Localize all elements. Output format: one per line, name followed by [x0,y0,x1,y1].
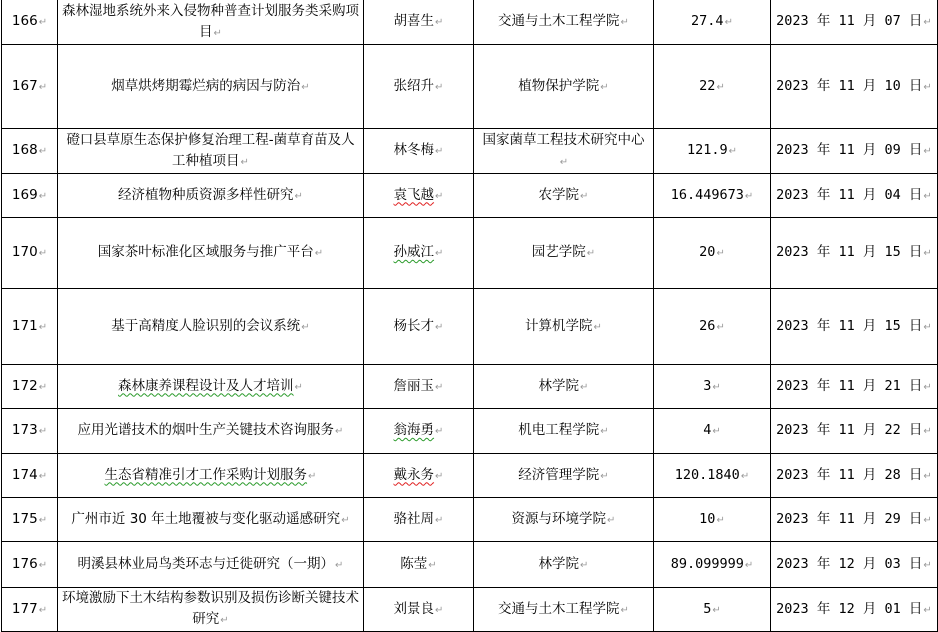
department: 经济管理学院 [518,467,599,483]
date-part-month: 11 [838,13,854,29]
date-part-month: 11 [838,244,854,260]
paragraph-mark-icon: ↵ [39,471,47,482]
date-part-day: 10 [885,78,901,94]
row-number: 173 [12,422,38,438]
date-part-day: 07 [885,13,901,29]
paragraph-mark-icon: ↵ [214,28,222,39]
date-part-day: 09 [885,142,901,158]
department: 国家菌草工程技术研究中心 [483,132,645,148]
department: 交通与土木工程学院 [498,601,620,617]
paragraph-mark-icon: ↵ [580,191,588,202]
paragraph-mark-icon: ↵ [923,471,931,482]
project-table: 166↵ 森林湿地系统外来入侵物种普查计划服务类采购项目↵ 胡喜生↵ 交通与土木… [1,0,938,632]
department: 园艺学院 [532,244,586,260]
table-row: 170↵ 国家茶叶标准化区域服务与推广平台↵ 孙威江↵ 园艺学院↵ 20↵ 20… [2,218,938,289]
paragraph-mark-icon: ↵ [725,17,733,28]
cell-number[interactable]: 168↵ [2,129,58,174]
project-title: 烟草烘烤期霉烂病的病因与防治 [111,78,300,94]
cell-number[interactable]: 172↵ [2,365,58,409]
cell-number[interactable]: 175↵ [2,498,58,542]
date-part-m: 月 [863,511,877,527]
amount: 89.099999 [671,556,744,572]
row-number: 167 [12,78,38,94]
cell-unit[interactable]: 交通与土木工程学院↵ [474,0,654,45]
date-part-month: 11 [838,378,854,394]
cell-unit[interactable]: 资源与环境学院↵ [474,498,654,542]
cell-amount[interactable]: 16.449673↵ [654,174,771,218]
date: 2023 年 11 月 29 日 [776,511,922,527]
paragraph-mark-icon: ↵ [435,382,443,393]
date-part-d: 日 [909,556,923,572]
date-part-month: 11 [838,187,854,203]
paragraph-mark-icon: ↵ [295,191,303,202]
paragraph-mark-icon: ↵ [435,515,443,526]
cell-date[interactable]: 2023 年 11 月 15 日↵ [771,289,938,365]
department: 交通与土木工程学院 [498,13,620,29]
table-row: 169↵ 经济植物种质资源多样性研究↵ 袁飞越↵ 农学院↵ 16.449673↵… [2,174,938,218]
paragraph-mark-icon: ↵ [220,615,228,626]
cell-amount[interactable]: 89.099999↵ [654,542,771,588]
row-number: 172 [12,378,38,394]
cell-leader[interactable]: 翁海勇↵ [364,409,474,454]
project-title: 广州市近 30 年土地覆被与变化驱动遥感研究 [71,511,340,527]
cell-date[interactable]: 2023 年 11 月 15 日↵ [771,218,938,289]
paragraph-mark-icon: ↵ [241,157,249,168]
cell-leader[interactable]: 戴永务↵ [364,454,474,498]
date-part-year: 2023 [776,78,809,94]
cell-date[interactable]: 2023 年 11 月 21 日↵ [771,365,938,409]
cell-project-title[interactable]: 烟草烘烤期霉烂病的病因与防治↵ [58,45,364,129]
cell-project-title[interactable]: 基于高精度人脸识别的会议系统↵ [58,289,364,365]
date-part-d: 日 [909,244,923,260]
date-part-day: 01 [885,601,901,617]
paragraph-mark-icon: ↵ [923,382,931,393]
cell-leader[interactable]: 詹丽玉↵ [364,365,474,409]
row-number: 171 [12,318,38,334]
cell-date[interactable]: 2023 年 11 月 28 日↵ [771,454,938,498]
paragraph-mark-icon: ↵ [923,560,931,571]
paragraph-mark-icon: ↵ [428,560,436,571]
paragraph-mark-icon: ↵ [923,248,931,259]
date-part-m: 月 [863,78,877,94]
cell-number[interactable]: 177↵ [2,588,58,632]
paragraph-mark-icon: ↵ [923,426,931,437]
date-part-month: 11 [838,318,854,334]
date-part-month: 11 [838,78,854,94]
project-leader: 翁海勇 [394,422,435,438]
cell-leader[interactable]: 骆社周↵ [364,498,474,542]
cell-unit[interactable]: 农学院↵ [474,174,654,218]
paragraph-mark-icon: ↵ [39,382,47,393]
cell-date[interactable]: 2023 年 11 月 07 日↵ [771,0,938,45]
table-row: 166↵ 森林湿地系统外来入侵物种普查计划服务类采购项目↵ 胡喜生↵ 交通与土木… [2,0,938,45]
cell-number[interactable]: 169↵ [2,174,58,218]
project-leader: 孙威江 [394,244,435,260]
paragraph-mark-icon: ↵ [580,382,588,393]
date-part-y: 年 [817,378,831,394]
date-part-day: 15 [885,244,901,260]
date-part-year: 2023 [776,601,809,617]
date-part-y: 年 [817,187,831,203]
date-part-month: 11 [838,511,854,527]
cell-unit[interactable]: 林学院↵ [474,365,654,409]
project-table-body: 166↵ 森林湿地系统外来入侵物种普查计划服务类采购项目↵ 胡喜生↵ 交通与土木… [2,0,938,632]
project-leader: 胡喜生 [394,13,435,29]
date: 2023 年 11 月 22 日 [776,422,922,438]
table-row: 176↵ 明溪县林业局鸟类环志与迁徙研究（一期）↵ 陈莹↵ 林学院↵ 89.09… [2,542,938,588]
date-part-m: 月 [863,378,877,394]
department: 林学院 [539,378,580,394]
date-part-y: 年 [817,13,831,29]
cell-leader[interactable]: 林冬梅↵ [364,129,474,174]
date-part-d: 日 [909,511,923,527]
row-number: 169 [12,187,38,203]
department: 农学院 [539,187,580,203]
cell-amount[interactable]: 5↵ [654,588,771,632]
cell-leader[interactable]: 袁飞越↵ [364,174,474,218]
date-part-m: 月 [863,318,877,334]
cell-project-title[interactable]: 广州市近 30 年土地覆被与变化驱动遥感研究↵ [58,498,364,542]
paragraph-mark-icon: ↵ [39,146,47,157]
department: 计算机学院 [525,318,593,334]
date-part-y: 年 [817,601,831,617]
date: 2023 年 11 月 09 日 [776,142,922,158]
project-title: 森林康养课程设计及人才培训 [118,378,294,394]
paragraph-mark-icon: ↵ [923,515,931,526]
paragraph-mark-icon: ↵ [335,560,343,571]
paragraph-mark-icon: ↵ [435,426,443,437]
amount: 27.4 [691,13,724,29]
date-part-year: 2023 [776,142,809,158]
paragraph-mark-icon: ↵ [923,191,931,202]
cell-unit[interactable]: 交通与土木工程学院↵ [474,588,654,632]
cell-date[interactable]: 2023 年 12 月 01 日↵ [771,588,938,632]
paragraph-mark-icon: ↵ [745,191,753,202]
cell-date[interactable]: 2023 年 11 月 09 日↵ [771,129,938,174]
cell-project-title[interactable]: 森林康养课程设计及人才培训↵ [58,365,364,409]
cell-date[interactable]: 2023 年 11 月 04 日↵ [771,174,938,218]
cell-date[interactable]: 2023 年 11 月 22 日↵ [771,409,938,454]
project-leader: 杨长才 [394,318,435,334]
paragraph-mark-icon: ↵ [435,471,443,482]
project-title: 经济植物种质资源多样性研究 [118,187,294,203]
project-title: 森林湿地系统外来入侵物种普查计划服务类采购项目 [62,3,359,40]
paragraph-mark-icon: ↵ [923,146,931,157]
date-part-year: 2023 [776,511,809,527]
paragraph-mark-icon: ↵ [745,560,753,571]
cell-number[interactable]: 176↵ [2,542,58,588]
date-part-month: 11 [838,467,854,483]
paragraph-mark-icon: ↵ [621,605,629,616]
paragraph-mark-icon: ↵ [716,82,724,93]
paragraph-mark-icon: ↵ [315,248,323,259]
date: 2023 年 11 月 04 日 [776,187,922,203]
amount: 22 [699,78,715,94]
table-row: 173↵ 应用光谱技术的烟叶生产关键技术咨询服务↵ 翁海勇↵ 机电工程学院↵ 4… [2,409,938,454]
paragraph-mark-icon: ↵ [39,248,47,259]
table-row: 171↵ 基于高精度人脸识别的会议系统↵ 杨长才↵ 计算机学院↵ 26↵ 202… [2,289,938,365]
paragraph-mark-icon: ↵ [435,82,443,93]
date-part-y: 年 [817,142,831,158]
paragraph-mark-icon: ↵ [39,605,47,616]
date: 2023 年 11 月 21 日 [776,378,922,394]
paragraph-mark-icon: ↵ [712,426,720,437]
cell-leader[interactable]: 张绍升↵ [364,45,474,129]
date: 2023 年 11 月 28 日 [776,467,922,483]
cell-leader[interactable]: 杨长才↵ [364,289,474,365]
amount: 120.1840 [675,467,740,483]
date-part-month: 11 [838,142,854,158]
cell-leader[interactable]: 孙威江↵ [364,218,474,289]
project-leader: 陈莹 [400,556,427,572]
department: 植物保护学院 [518,78,599,94]
date-part-m: 月 [863,467,877,483]
date-part-y: 年 [817,244,831,260]
paragraph-mark-icon: ↵ [741,471,749,482]
date-part-day: 21 [885,378,901,394]
date-part-y: 年 [817,556,831,572]
date-part-day: 15 [885,318,901,334]
amount: 5 [703,601,711,617]
date: 2023 年 11 月 10 日 [776,78,922,94]
cell-number[interactable]: 173↵ [2,409,58,454]
date-part-m: 月 [863,142,877,158]
paragraph-mark-icon: ↵ [435,248,443,259]
paragraph-mark-icon: ↵ [716,322,724,333]
date-part-m: 月 [863,13,877,29]
date-part-day: 22 [885,422,901,438]
row-number: 170 [12,244,38,260]
project-leader: 詹丽玉 [394,378,435,394]
cell-amount[interactable]: 4↵ [654,409,771,454]
project-leader: 张绍升 [394,78,435,94]
table-row: 175↵ 广州市近 30 年土地覆被与变化驱动遥感研究↵ 骆社周↵ 资源与环境学… [2,498,938,542]
date-part-d: 日 [909,13,923,29]
row-number: 174 [12,467,38,483]
cell-date[interactable]: 2023 年 12 月 03 日↵ [771,542,938,588]
paragraph-mark-icon: ↵ [560,157,568,168]
date-part-month: 12 [838,556,854,572]
paragraph-mark-icon: ↵ [39,560,47,571]
amount: 10 [699,511,715,527]
project-title: 应用光谱技术的烟叶生产关键技术咨询服务 [78,422,335,438]
paragraph-mark-icon: ↵ [621,17,629,28]
date-part-m: 月 [863,187,877,203]
cell-number[interactable]: 170↵ [2,218,58,289]
cell-amount[interactable]: 121.9↵ [654,129,771,174]
project-leader: 刘景良 [394,601,435,617]
paragraph-mark-icon: ↵ [580,560,588,571]
paragraph-mark-icon: ↵ [716,248,724,259]
date-part-month: 11 [838,422,854,438]
paragraph-mark-icon: ↵ [39,515,47,526]
cell-project-title[interactable]: 环境激励下土木结构参数识别及损伤诊断关键技术研究↵ [58,588,364,632]
project-title: 环境激励下土木结构参数识别及损伤诊断关键技术研究 [62,590,359,627]
cell-project-title[interactable]: 森林湿地系统外来入侵物种普查计划服务类采购项目↵ [58,0,364,45]
cell-unit[interactable]: 国家菌草工程技术研究中心↵ [474,129,654,174]
date: 2023 年 12 月 01 日 [776,601,922,617]
paragraph-mark-icon: ↵ [39,82,47,93]
cell-amount[interactable]: 120.1840↵ [654,454,771,498]
paragraph-mark-icon: ↵ [435,191,443,202]
table-row: 174↵ 生态省精准引才工作采购计划服务↵ 戴永务↵ 经济管理学院↵ 120.1… [2,454,938,498]
date-part-d: 日 [909,601,923,617]
date-part-m: 月 [863,422,877,438]
amount: 20 [699,244,715,260]
cell-amount[interactable]: 22↵ [654,45,771,129]
cell-project-title[interactable]: 应用光谱技术的烟叶生产关键技术咨询服务↵ [58,409,364,454]
cell-project-title[interactable]: 磴口县草原生态保护修复治理工程-菌草育苗及人工种植项目↵ [58,129,364,174]
date-part-month: 12 [838,601,854,617]
date-part-year: 2023 [776,467,809,483]
date-part-year: 2023 [776,318,809,334]
row-number: 176 [12,556,38,572]
date-part-y: 年 [817,422,831,438]
date: 2023 年 11 月 15 日 [776,318,922,334]
department: 机电工程学院 [518,422,599,438]
cell-unit[interactable]: 计算机学院↵ [474,289,654,365]
date-part-year: 2023 [776,13,809,29]
date-part-y: 年 [817,467,831,483]
paragraph-mark-icon: ↵ [600,471,608,482]
paragraph-mark-icon: ↵ [923,322,931,333]
cell-unit[interactable]: 植物保护学院↵ [474,45,654,129]
project-title: 生态省精准引才工作采购计划服务 [105,467,308,483]
paragraph-mark-icon: ↵ [301,82,309,93]
amount: 4 [703,422,711,438]
date-part-day: 28 [885,467,901,483]
cell-date[interactable]: 2023 年 11 月 10 日↵ [771,45,938,129]
date-part-year: 2023 [776,422,809,438]
date-part-day: 03 [885,556,901,572]
date-part-year: 2023 [776,244,809,260]
project-title: 国家茶叶标准化区域服务与推广平台 [98,244,314,260]
cell-amount[interactable]: 3↵ [654,365,771,409]
row-number: 168 [12,142,38,158]
date-part-y: 年 [817,78,831,94]
paragraph-mark-icon: ↵ [716,515,724,526]
paragraph-mark-icon: ↵ [923,17,931,28]
project-title: 明溪县林业局鸟类环志与迁徙研究（一期） [78,556,335,572]
paragraph-mark-icon: ↵ [435,605,443,616]
row-number: 175 [12,511,38,527]
paragraph-mark-icon: ↵ [607,515,615,526]
paragraph-mark-icon: ↵ [308,471,316,482]
date: 2023 年 11 月 15 日 [776,244,922,260]
cell-number[interactable]: 174↵ [2,454,58,498]
paragraph-mark-icon: ↵ [712,382,720,393]
project-leader: 戴永务 [394,467,435,483]
row-number: 166 [12,13,38,29]
date-part-year: 2023 [776,187,809,203]
date: 2023 年 12 月 03 日 [776,556,922,572]
paragraph-mark-icon: ↵ [729,146,737,157]
cell-project-title[interactable]: 经济植物种质资源多样性研究↵ [58,174,364,218]
cell-number[interactable]: 171↵ [2,289,58,365]
paragraph-mark-icon: ↵ [435,322,443,333]
paragraph-mark-icon: ↵ [600,426,608,437]
cell-unit[interactable]: 经济管理学院↵ [474,454,654,498]
paragraph-mark-icon: ↵ [435,146,443,157]
paragraph-mark-icon: ↵ [341,515,349,526]
date-part-d: 日 [909,187,923,203]
table-row: 172↵ 森林康养课程设计及人才培训↵ 詹丽玉↵ 林学院↵ 3↵ 2023 年 … [2,365,938,409]
date-part-m: 月 [863,601,877,617]
cell-unit[interactable]: 机电工程学院↵ [474,409,654,454]
paragraph-mark-icon: ↵ [923,605,931,616]
cell-project-title[interactable]: 生态省精准引才工作采购计划服务↵ [58,454,364,498]
cell-number[interactable]: 166↵ [2,0,58,45]
cell-leader[interactable]: 陈莹↵ [364,542,474,588]
cell-project-title[interactable]: 国家茶叶标准化区域服务与推广平台↵ [58,218,364,289]
table-row: 167↵ 烟草烘烤期霉烂病的病因与防治↵ 张绍升↵ 植物保护学院↵ 22↵ 20… [2,45,938,129]
date-part-year: 2023 [776,556,809,572]
paragraph-mark-icon: ↵ [600,82,608,93]
date: 2023 年 11 月 07 日 [776,13,922,29]
date-part-m: 月 [863,556,877,572]
amount: 16.449673 [671,187,744,203]
cell-leader[interactable]: 胡喜生↵ [364,0,474,45]
project-leader: 袁飞越 [394,187,435,203]
cell-number[interactable]: 167↵ [2,45,58,129]
cell-amount[interactable]: 20↵ [654,218,771,289]
amount: 121.9 [687,142,728,158]
date-part-y: 年 [817,511,831,527]
cell-amount[interactable]: 26↵ [654,289,771,365]
cell-project-title[interactable]: 明溪县林业局鸟类环志与迁徙研究（一期）↵ [58,542,364,588]
date-part-d: 日 [909,142,923,158]
project-title: 磴口县草原生态保护修复治理工程-菌草育苗及人工种植项目 [66,132,354,169]
date-part-day: 04 [885,187,901,203]
paragraph-mark-icon: ↵ [39,426,47,437]
date-part-y: 年 [817,318,831,334]
paragraph-mark-icon: ↵ [39,17,47,28]
department: 林学院 [539,556,580,572]
date-part-d: 日 [909,422,923,438]
date-part-m: 月 [863,244,877,260]
paragraph-mark-icon: ↵ [712,605,720,616]
paragraph-mark-icon: ↵ [587,248,595,259]
paragraph-mark-icon: ↵ [39,191,47,202]
cell-date[interactable]: 2023 年 11 月 29 日↵ [771,498,938,542]
cell-leader[interactable]: 刘景良↵ [364,588,474,632]
project-title: 基于高精度人脸识别的会议系统 [111,318,300,334]
date-part-day: 29 [885,511,901,527]
department: 资源与环境学院 [512,511,607,527]
table-row: 177↵ 环境激励下土木结构参数识别及损伤诊断关键技术研究↵ 刘景良↵ 交通与土… [2,588,938,632]
paragraph-mark-icon: ↵ [594,322,602,333]
cell-unit[interactable]: 林学院↵ [474,542,654,588]
project-leader: 林冬梅 [394,142,435,158]
cell-unit[interactable]: 园艺学院↵ [474,218,654,289]
row-number: 177 [12,601,38,617]
amount: 3 [703,378,711,394]
date-part-d: 日 [909,78,923,94]
date-part-d: 日 [909,378,923,394]
date-part-d: 日 [909,318,923,334]
cell-amount[interactable]: 27.4↵ [654,0,771,45]
paragraph-mark-icon: ↵ [435,17,443,28]
amount: 26 [699,318,715,334]
paragraph-mark-icon: ↵ [39,322,47,333]
paragraph-mark-icon: ↵ [335,426,343,437]
date-part-year: 2023 [776,378,809,394]
project-leader: 骆社周 [394,511,435,527]
paragraph-mark-icon: ↵ [923,82,931,93]
date-part-d: 日 [909,467,923,483]
cell-amount[interactable]: 10↵ [654,498,771,542]
paragraph-mark-icon: ↵ [301,322,309,333]
